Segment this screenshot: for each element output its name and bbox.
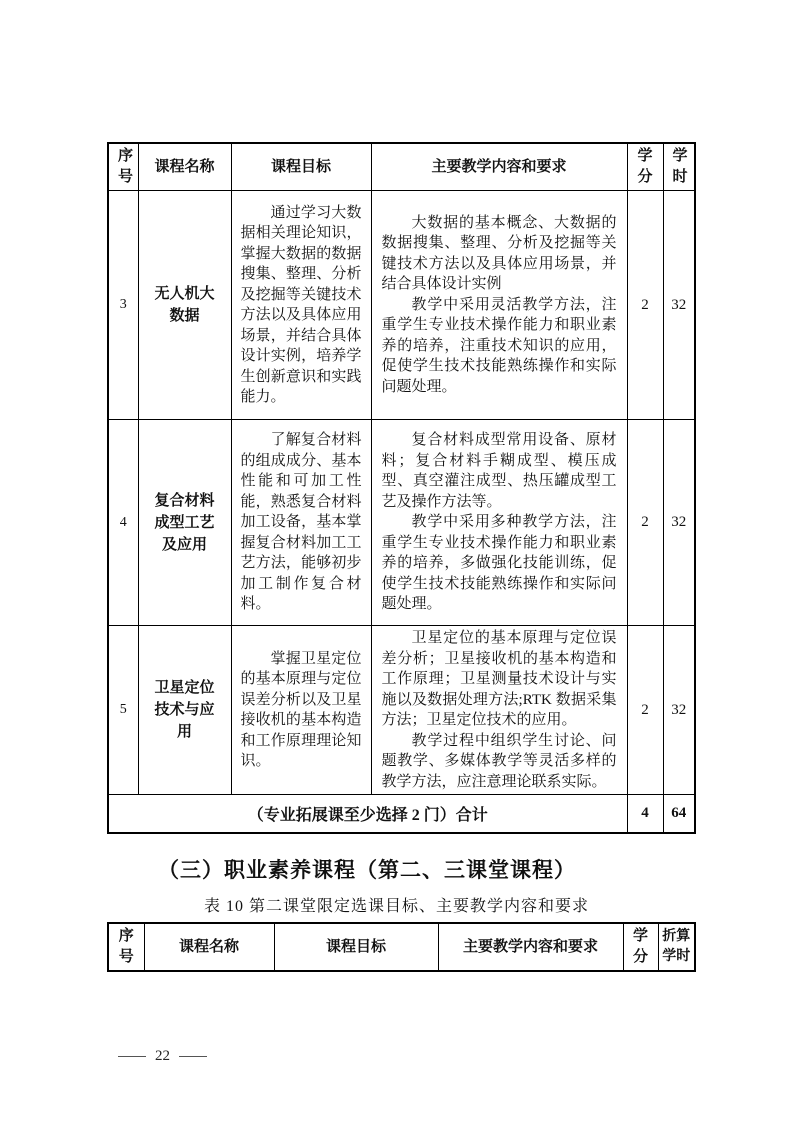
course-name: 卫星定位技术与应用 xyxy=(138,626,231,795)
row-no: 3 xyxy=(108,191,138,420)
section-heading: （三）职业素养课程（第二、三课堂课程） xyxy=(158,854,576,884)
goal-paragraph: 掌握卫星定位的基本原理与定位误差分析以及卫星接收机的基本构造和工作原理理论知识。 xyxy=(241,649,362,772)
header-cell-goal: 课程目标 xyxy=(274,923,438,971)
page-number-dash-right xyxy=(179,1056,207,1057)
course-table: 序号 课程名称 课程目标 主要教学内容和要求 学分 学时 3 无人机大数据 通过… xyxy=(107,142,696,834)
row-no: 5 xyxy=(108,626,138,795)
course-goal: 掌握卫星定位的基本原理与定位误差分析以及卫星接收机的基本构造和工作原理理论知识。 xyxy=(231,626,371,795)
content-paragraph-1: 复合材料成型常用设备、原材料；复合材料手糊成型、模压成型、真空灌注成型、热压罐成… xyxy=(382,430,617,512)
document-page: 序号 课程名称 课程目标 主要教学内容和要求 学分 学时 3 无人机大数据 通过… xyxy=(0,0,793,1122)
header-cell-content: 主要教学内容和要求 xyxy=(371,143,627,191)
course-hours: 32 xyxy=(663,191,695,420)
course-name: 无人机大数据 xyxy=(138,191,231,420)
course-hours: 32 xyxy=(663,626,695,795)
course-content: 卫星定位的基本原理与定位误差分析；卫星接收机的基本构造和工作原理；卫星测量技术设… xyxy=(371,626,627,795)
course-row-3: 3 无人机大数据 通过学习大数据相关理论知识，掌握大数据的数据搜集、整理、分析及… xyxy=(108,191,695,420)
header-cell-course-name: 课程名称 xyxy=(138,143,231,191)
course-credit: 2 xyxy=(627,191,663,420)
content-paragraph-2: 教学中采用多种教学方法，注重学生专业技术操作能力和职业素养的培养，多做强化技能训… xyxy=(382,512,617,615)
content-paragraph-2: 教学中采用灵活教学方法，注重学生专业技术操作能力和职业素养的培养，注重技术知识的… xyxy=(382,295,617,398)
course-credit: 2 xyxy=(627,626,663,795)
header-cell-no: 序号 xyxy=(108,143,138,191)
header-cell-course-name: 课程名称 xyxy=(144,923,274,971)
header-cell-goal: 课程目标 xyxy=(231,143,371,191)
goal-paragraph: 了解复合材料的组成成分、基本性能和可加工性能，熟悉复合材料加工设备，基本掌握复合… xyxy=(241,430,362,615)
header-cell-converted-hours: 折算学时 xyxy=(658,923,695,971)
page-number-dash-left xyxy=(118,1056,146,1057)
second-table: 序号 课程名称 课程目标 主要教学内容和要求 学分 折算学时 xyxy=(107,922,696,972)
header-cell-credit: 学分 xyxy=(623,923,658,971)
course-row-5: 5 卫星定位技术与应用 掌握卫星定位的基本原理与定位误差分析以及卫星接收机的基本… xyxy=(108,626,695,795)
course-hours: 32 xyxy=(663,420,695,626)
header-cell-content: 主要教学内容和要求 xyxy=(438,923,623,971)
row-no: 4 xyxy=(108,420,138,626)
header-cell-hours: 学时 xyxy=(663,143,695,191)
second-table-header-row: 序号 课程名称 课程目标 主要教学内容和要求 学分 折算学时 xyxy=(108,923,695,971)
course-goal: 通过学习大数据相关理论知识，掌握大数据的数据搜集、整理、分析及挖掘等关键技术方法… xyxy=(231,191,371,420)
course-row-4: 4 复合材料成型工艺及应用 了解复合材料的组成成分、基本性能和可加工性能，熟悉复… xyxy=(108,420,695,626)
goal-paragraph: 通过学习大数据相关理论知识，掌握大数据的数据搜集、整理、分析及挖掘等关键技术方法… xyxy=(241,203,362,408)
content-paragraph-1: 大数据的基本概念、大数据的数据搜集、整理、分析及挖掘等关键技术方法以及具体应用场… xyxy=(382,213,617,295)
course-name: 复合材料成型工艺及应用 xyxy=(138,420,231,626)
header-cell-no: 序号 xyxy=(108,923,144,971)
content-paragraph-1: 卫星定位的基本原理与定位误差分析；卫星接收机的基本构造和工作原理；卫星测量技术设… xyxy=(382,628,617,731)
table-header-row: 序号 课程名称 课程目标 主要教学内容和要求 学分 学时 xyxy=(108,143,695,191)
course-content: 复合材料成型常用设备、原材料；复合材料手糊成型、模压成型、真空灌注成型、热压罐成… xyxy=(371,420,627,626)
summary-label: （专业拓展课至少选择 2 门）合计 xyxy=(108,795,627,833)
summary-hours: 64 xyxy=(663,795,695,833)
course-goal: 了解复合材料的组成成分、基本性能和可加工性能，熟悉复合材料加工设备，基本掌握复合… xyxy=(231,420,371,626)
summary-credit: 4 xyxy=(627,795,663,833)
header-cell-credit: 学分 xyxy=(627,143,663,191)
course-content: 大数据的基本概念、大数据的数据搜集、整理、分析及挖掘等关键技术方法以及具体应用场… xyxy=(371,191,627,420)
course-credit: 2 xyxy=(627,420,663,626)
content-paragraph-2: 教学过程中组织学生讨论、问题教学、多媒体教学等灵活多样的教学方法，应注意理论联系… xyxy=(382,731,617,793)
page-number-value: 22 xyxy=(155,1048,170,1065)
table-caption: 表 10 第二课堂限定选课目标、主要教学内容和要求 xyxy=(0,893,793,916)
page-number: 22 xyxy=(118,1048,207,1065)
summary-row: （专业拓展课至少选择 2 门）合计 4 64 xyxy=(108,795,695,833)
